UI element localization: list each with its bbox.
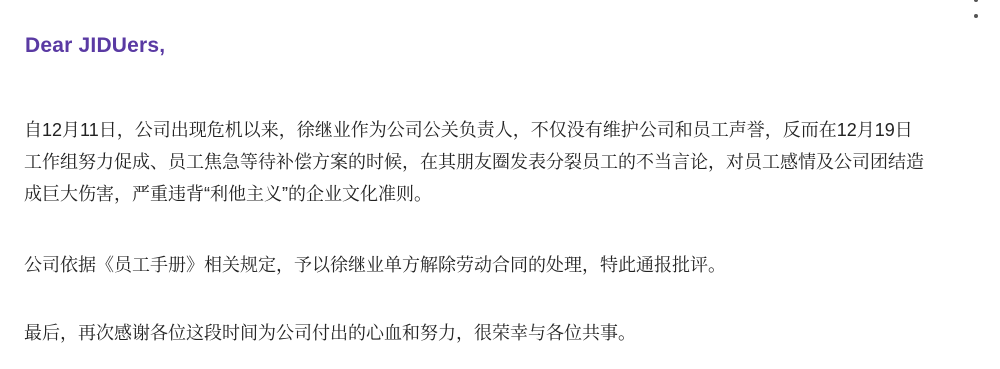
- greeting-heading: Dear JIDUers,: [25, 34, 165, 58]
- dot: [974, 14, 978, 18]
- paragraph-announcement: 自12月11日，公司出现危机以来，徐继业作为公司公关负责人，不仅没有维护公司和员…: [24, 114, 984, 210]
- paragraph-line: 工作组努力促成、员工焦急等待补偿方案的时候，在其朋友圈发表分裂员工的不当言论，对…: [24, 146, 984, 178]
- dot: [974, 0, 978, 2]
- paragraph-decision: 公司依据《员工手册》相关规定，予以徐继业单方解除劳动合同的处理，特此通报批评。: [24, 249, 726, 281]
- paragraph-line: 最后，再次感谢各位这段时间为公司付出的心血和努力，很荣幸与各位共事。: [24, 317, 636, 349]
- more-dots-icon: [974, 0, 980, 30]
- paragraph-line: 成巨大伤害，严重违背“利他主义”的企业文化准则。: [24, 178, 984, 210]
- paragraph-closing: 最后，再次感谢各位这段时间为公司付出的心血和努力，很荣幸与各位共事。: [24, 317, 636, 349]
- paragraph-line: 自12月11日，公司出现危机以来，徐继业作为公司公关负责人，不仅没有维护公司和员…: [24, 114, 984, 146]
- paragraph-line: 公司依据《员工手册》相关规定，予以徐继业单方解除劳动合同的处理，特此通报批评。: [24, 249, 726, 281]
